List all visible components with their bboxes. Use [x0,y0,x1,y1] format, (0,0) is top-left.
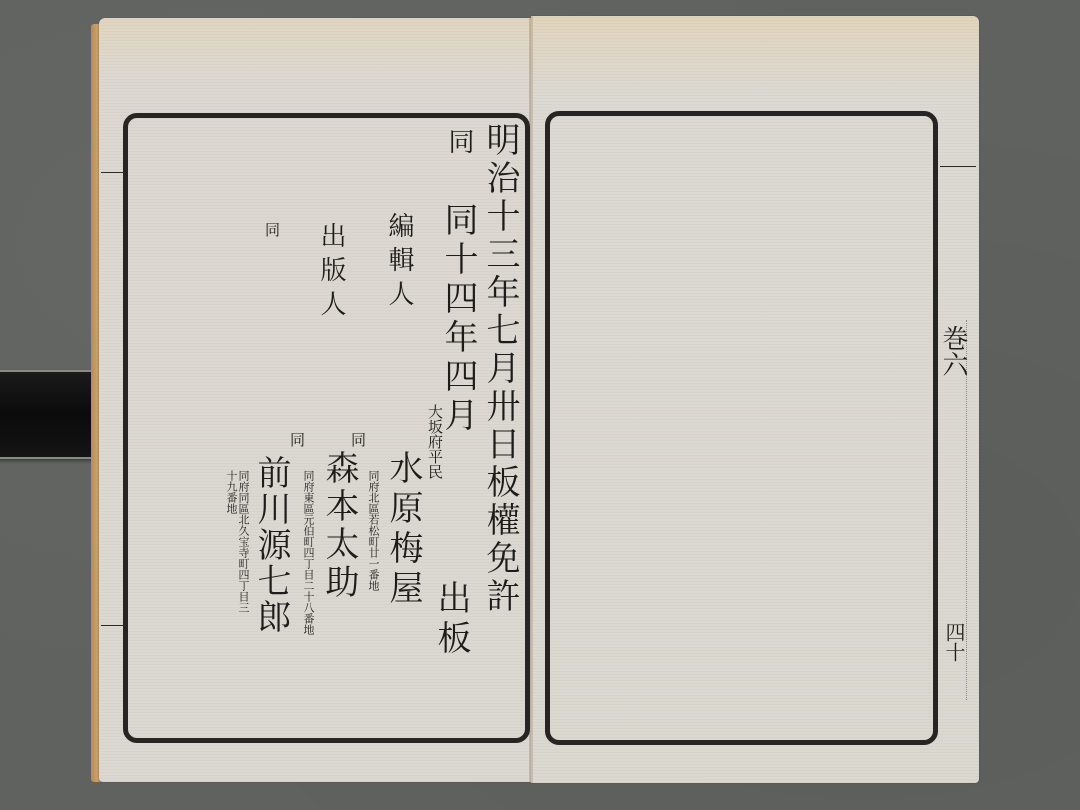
same-mark: 同 [264,222,279,237]
publisher-1-location: 同 [350,432,365,447]
editor-label: 編輯人 [386,212,412,314]
publication-date-line: 同十四年四月 [441,202,475,436]
margin-tick [940,166,976,167]
volume-label: 巻六 [940,325,966,377]
publication-same-mark: 同 [446,128,472,154]
publisher-2-location: 同 [289,432,304,447]
publication-suffix: 出板 [434,580,468,660]
publisher-2-address: 同府同區北久宝寺町四丁目三 [238,470,249,613]
margin-tick [101,625,123,626]
publisher-label: 出版人 [318,222,344,324]
publisher-2-address-cont: 十九番地 [226,470,237,514]
page-number: 四十 [944,622,964,662]
publisher-1-name: 森本太助 [322,450,356,602]
editor-address: 同府北區若松町廿一番地 [368,470,379,591]
publisher-1-address: 同府東區元伯町四丁目二十八番地 [303,470,314,635]
margin-tick [101,172,123,173]
editor-location: 大坂府平民 [427,404,442,479]
permit-date-line: 明治十三年七月卅日板權免許 [483,122,517,616]
right-page-frame [545,111,938,745]
publisher-2-name: 前川源七郎 [254,455,288,635]
margin-rule [966,320,977,700]
editor-name: 水原梅屋 [386,450,420,610]
